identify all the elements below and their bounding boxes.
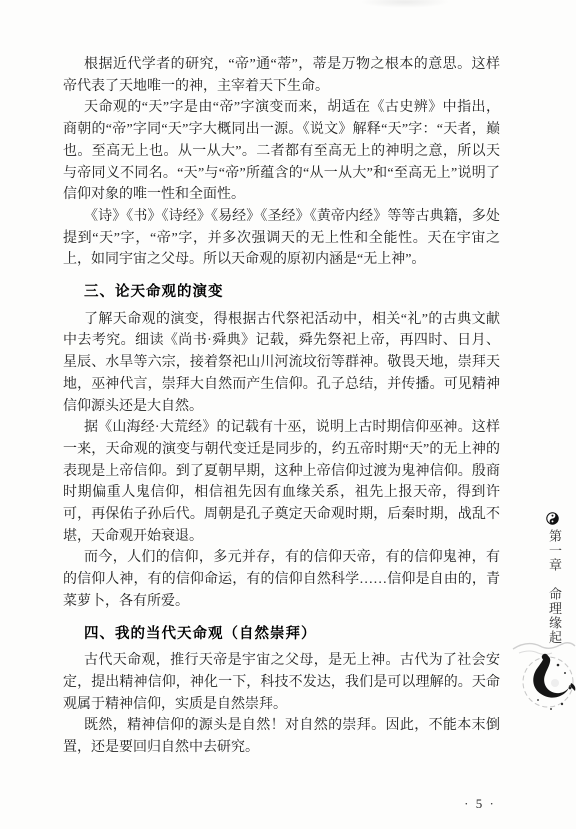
scan-artifact xyxy=(360,0,450,8)
page-number: · 5 · xyxy=(458,796,502,812)
paragraph: 根据近代学者的研究，“帝”通“蒂”，蒂是万物之根本的意思。这样帝代表了天地唯一的… xyxy=(63,54,500,97)
paragraph: 而今，人们的信仰，多元并存，有的信仰天帝，有的信仰鬼神，有的信仰人神，有的信仰命… xyxy=(63,547,500,612)
paragraph: 既然，精神信仰的源头是自然！对自然的崇拜。因此，不能本末倒置，还是要回归自然中去… xyxy=(63,715,500,758)
ink-fish-ornament xyxy=(511,636,576,720)
paragraph: 古代天命观，推行天帝是宇宙之父母，是无上神。古代为了社会安定，提出精神信仰，神化… xyxy=(63,650,500,715)
chapter-title-vertical: 第一章 命理缘起 xyxy=(545,529,564,649)
paragraph: 《诗》《书》《诗经》《易经》《圣经》《黄帝内经》等等古典籍，多处提到“天”字，“… xyxy=(63,206,500,271)
book-page: 根据近代学者的研究，“帝”通“蒂”，蒂是万物之根本的意思。这样帝代表了天地唯一的… xyxy=(0,0,576,829)
page-body: 根据近代学者的研究，“帝”通“蒂”，蒂是万物之根本的意思。这样帝代表了天地唯一的… xyxy=(63,54,500,759)
section-heading: 三、论天命观的演变 xyxy=(63,282,500,304)
yin-yang-icon xyxy=(546,512,559,525)
paragraph: 天命观的“天”字是由“帝”字演变而来，胡适在《古史辨》中指出，商朝的“帝”字同“… xyxy=(63,97,500,206)
section-heading: 四、我的当代天命观（自然崇拜） xyxy=(63,624,500,646)
paragraph: 了解天命观的演变，得根据古代祭祀活动中，相关“礼”的古典文献中去考究。细读《尚书… xyxy=(63,309,500,418)
paragraph: 据《山海经·大荒经》的记载有十巫，说明上古时期信仰巫神。这样一来，天命观的演变与… xyxy=(63,417,500,547)
